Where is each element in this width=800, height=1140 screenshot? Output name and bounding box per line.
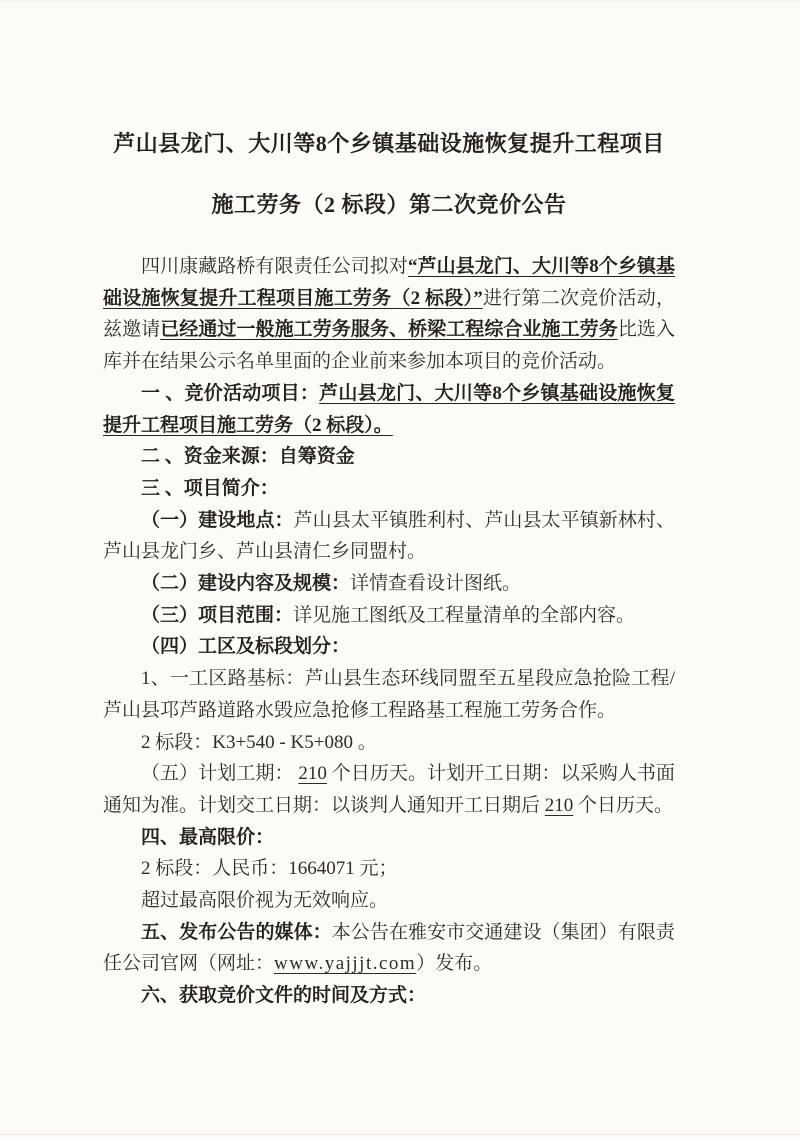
- para-division-item-2: 2 标段：K3+540 - K5+080 。: [103, 727, 675, 759]
- para-division-item-1: 1、一工区路基标：芦山县生态环线同盟至五星段应急抢险工程/芦山县邛芦路道路水毁应…: [103, 663, 675, 726]
- document-title-line1: 芦山县龙门、大川等8个乡镇基础设施恢复提升工程项目: [103, 131, 675, 157]
- para-intro: 四川康藏路桥有限责任公司拟对“芦山县龙门、大川等8个乡镇基础设施恢复提升工程项目…: [103, 251, 675, 378]
- text-run: 210: [545, 795, 574, 816]
- para-project-name: 一 、竞价活动项目：芦山县龙门、大川等8个乡镇基础设施恢复提升工程项目施工劳务（…: [103, 378, 675, 441]
- text-run: 1、一工区路基标：芦山县生态环线同盟至五星段应急抢险工程/芦山县邛芦路道路水毁应…: [103, 668, 675, 721]
- text-run: 五、发布公告的媒体：: [141, 922, 332, 943]
- text-run: （一）建设地点：: [141, 510, 294, 531]
- para-price-bid2: 2 标段：人民币：1664071 元；: [103, 853, 675, 885]
- para-announcement-media: 五、发布公告的媒体：本公告在雅安市交通建设（集团）有限责任公司官网（网址：www…: [103, 917, 675, 980]
- para-content-scale: （二）建设内容及规模：详情查看设计图纸。: [103, 568, 675, 600]
- para-schedule: （五）计划工期： 210 个日历天。计划开工日期：以采购人书面通知为准。计划交工…: [103, 758, 675, 821]
- document-title-line2: 施工劳务（2 标段）第二次竞价公告: [103, 192, 675, 218]
- text-run: 2 标段：人民币：1664071 元；: [141, 858, 398, 879]
- text-run: 个日历天。: [573, 795, 673, 816]
- text-run: 详情查看设计图纸。: [350, 573, 521, 594]
- para-funding-source: 二 、资金来源：自筹资金: [103, 441, 675, 473]
- text-run: 2 标段：K3+540 - K5+080 。: [141, 732, 377, 753]
- text-run: （三）项目范围：: [141, 605, 293, 626]
- document-body: 四川康藏路桥有限责任公司拟对“芦山县龙门、大川等8个乡镇基础设施恢复提升工程项目…: [103, 251, 675, 1012]
- para-location: （一）建设地点：芦山县太平镇胜利村、芦山县太平镇新林村、芦山县龙门乡、芦山县清仁…: [103, 505, 675, 568]
- text-run: 三 、项目简介：: [141, 478, 279, 499]
- para-scope: （三）项目范围：详见施工图纸及工程量清单的全部内容。: [103, 600, 675, 632]
- text-run: 一 、竞价活动项目：: [141, 383, 319, 404]
- text-run: （五）计划工期：: [141, 763, 298, 784]
- website-url: www.yajjjt.com: [274, 953, 416, 974]
- scan-bottom-edge: [0, 1134, 800, 1135]
- para-doc-acquisition-heading: 六、获取竞价文件的时间及方式：: [103, 980, 675, 1012]
- para-price-note: 超过最高限价视为无效响应。: [103, 885, 675, 917]
- para-overview-heading: 三 、项目简介：: [103, 473, 675, 505]
- text-run: 四川康藏路桥有限责任公司拟对: [141, 256, 408, 277]
- text-run: （二）建设内容及规模：: [141, 573, 350, 594]
- text-run: （四）工区及标段划分：: [141, 636, 350, 657]
- text-run: 210: [298, 763, 327, 784]
- text-run: 详见施工图纸及工程量清单的全部内容。: [293, 605, 635, 626]
- text-run: 四、最高限价：: [141, 827, 274, 848]
- para-division-heading: （四）工区及标段划分：: [103, 631, 675, 663]
- scanned-document-page: 芦山县龙门、大川等8个乡镇基础设施恢复提升工程项目 施工劳务（2 标段）第二次竞…: [0, 0, 800, 1140]
- scan-top-edge: [0, 0, 800, 2]
- text-run: 六、获取竞价文件的时间及方式：: [141, 985, 426, 1006]
- text-run: 已经通过一般施工劳务服务、桥梁工程综合业施工劳务: [160, 319, 618, 340]
- text-run: 超过最高限价视为无效响应。: [141, 890, 388, 911]
- text-run: ）发布。: [416, 953, 492, 974]
- text-run: 二 、资金来源：自筹资金: [141, 446, 355, 467]
- para-price-heading: 四、最高限价：: [103, 822, 675, 854]
- document-content: 芦山县龙门、大川等8个乡镇基础设施恢复提升工程项目 施工劳务（2 标段）第二次竞…: [0, 0, 800, 1012]
